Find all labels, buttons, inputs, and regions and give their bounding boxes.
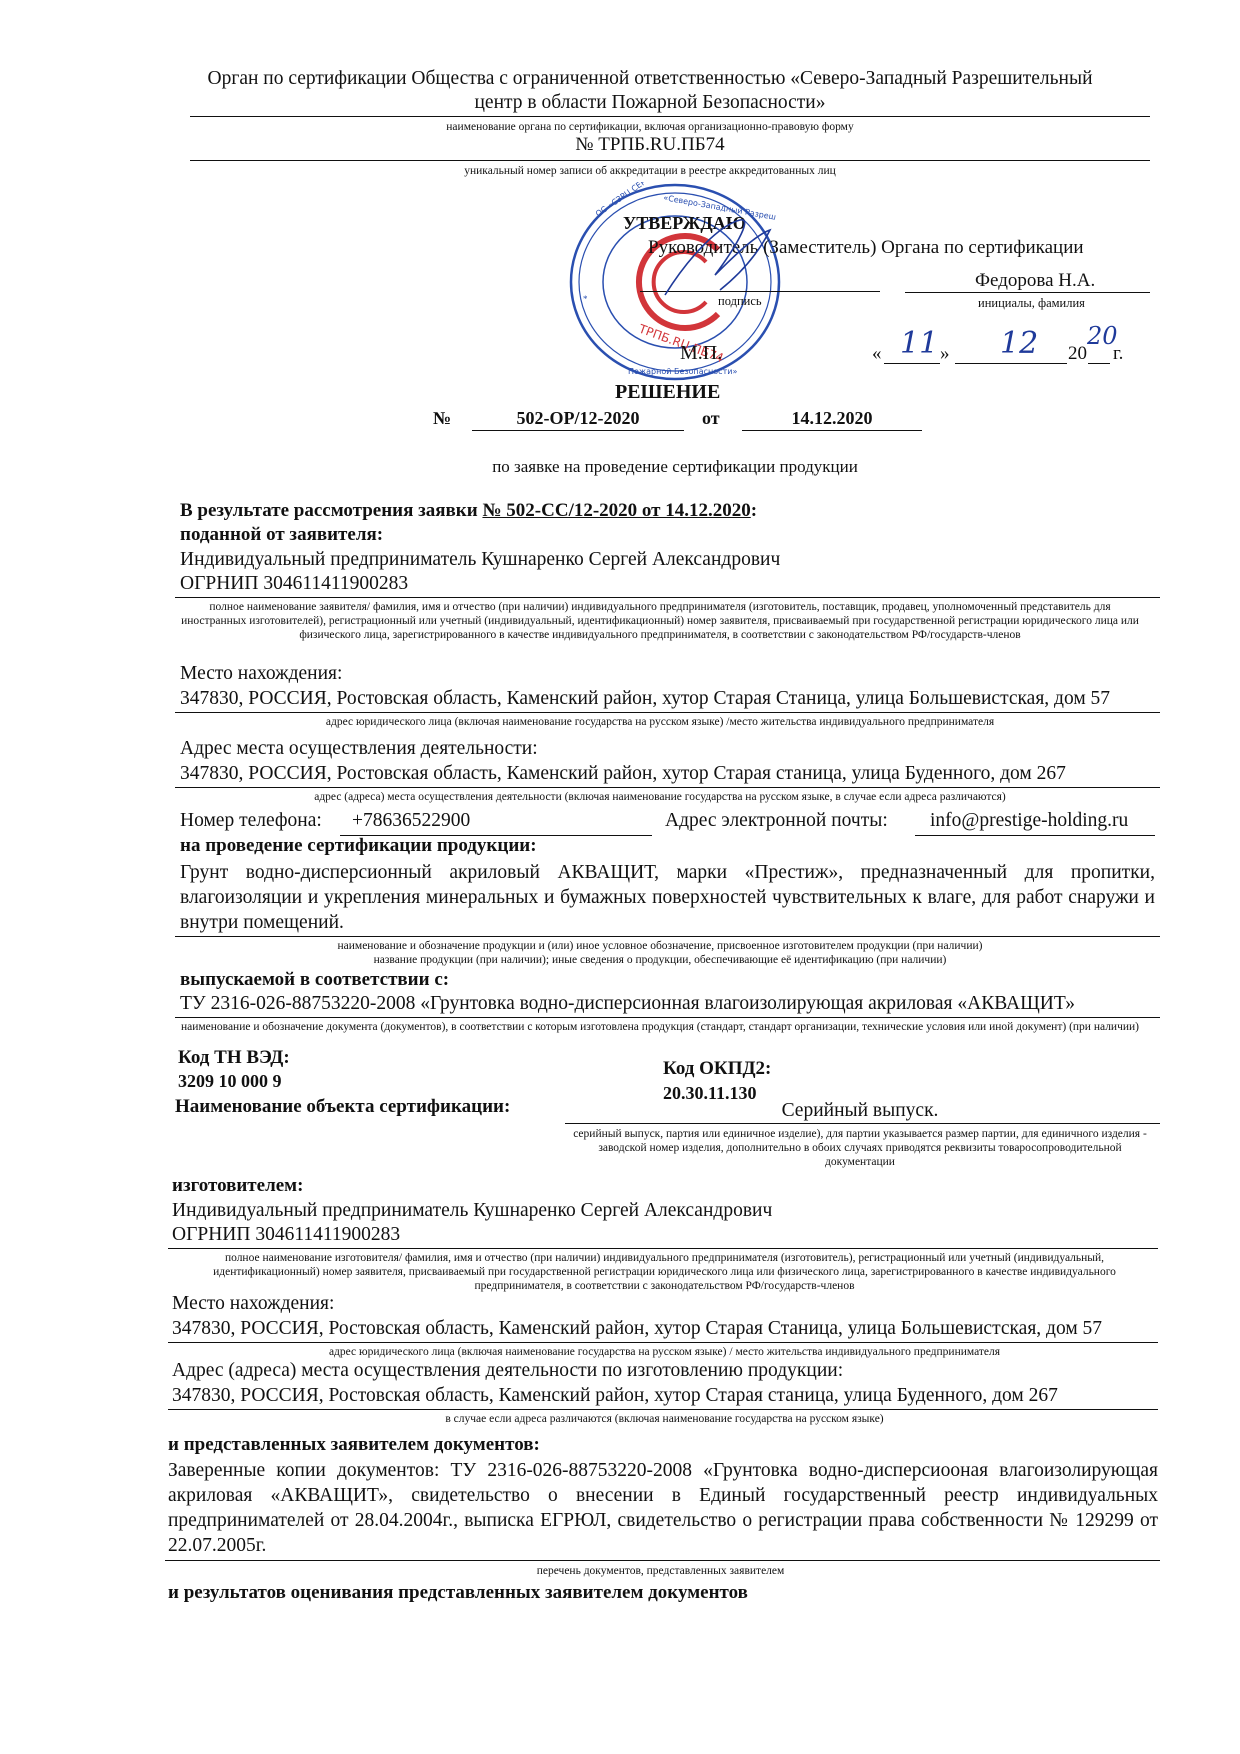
svg-text:Пожарной Безопасности»: Пожарной Безопасности» (628, 367, 737, 376)
certification-body-caption: наименование органа по сертификации, вкл… (150, 120, 1150, 134)
decision-date: 14.12.2020 (742, 408, 922, 429)
date-month: 12 (1000, 326, 1038, 361)
product-caption-line1: наименование и обозначение продукции и (… (180, 939, 1140, 953)
date-close-quote: » (940, 343, 950, 365)
approve-label: УТВЕРЖДАЮ (623, 213, 746, 234)
signature-line (640, 291, 880, 292)
email-value: info@prestige-holding.ru (930, 810, 1128, 832)
name-caption: инициалы, фамилия (978, 296, 1085, 310)
decision-number-label: № (433, 408, 451, 429)
applicant-location-value: 347830, РОССИЯ, Ростовская область, Каме… (180, 688, 1110, 710)
divider (175, 597, 1160, 598)
svg-text:*: * (583, 294, 588, 304)
divider (168, 1409, 1158, 1410)
applicant-caption: полное наименование заявителя/ фамилия, … (180, 600, 1140, 642)
accreditation-caption: уникальный номер записи об аккредитации … (150, 164, 1150, 178)
date-year-prefix: 20 (1068, 343, 1087, 365)
date-open-quote: « (872, 343, 882, 365)
divider (175, 787, 1160, 788)
divider (175, 712, 1160, 713)
standard-value: ТУ 2316-026-88753220-2008 «Грунтовка вод… (180, 993, 1075, 1015)
certification-object-label: Наименование объекта сертификации: (175, 1096, 510, 1118)
activity-address-caption: адрес (адреса) места осуществления деяте… (180, 790, 1140, 804)
signature-caption: подпись (718, 294, 762, 308)
applicant-ogrnip: ОГРНИП 304611411900283 (180, 573, 408, 595)
divider (165, 1560, 1160, 1561)
manufacturer-label: изготовителем: (172, 1175, 303, 1197)
manufacturer-name: Индивидуальный предприниматель Кушнаренк… (172, 1200, 772, 1222)
date-day-line (884, 363, 940, 364)
manufacturer-location-value: 347830, РОССИЯ, Ростовская область, Каме… (172, 1318, 1102, 1340)
okpd2-label: Код ОКПД2: (663, 1058, 771, 1080)
submitted-by-label: поданной от заявителя: (180, 524, 383, 546)
name-line (905, 292, 1150, 293)
decision-subtitle: по заявке на проведение сертификации про… (400, 457, 950, 477)
manufacturer-caption: полное наименование изготовителя/ фамили… (172, 1251, 1157, 1293)
production-address-label: Адрес (адреса) места осуществления деяте… (172, 1360, 843, 1382)
decision-date-line (742, 430, 922, 431)
accreditation-number: № ТРПБ.RU.ПБ74 (150, 134, 1150, 156)
product-caption-line2: название продукции (при наличии); иные с… (180, 953, 1140, 967)
application-intro-prefix: В результате рассмотрения заявки (180, 500, 482, 521)
decision-number-line (472, 430, 684, 431)
date-month-line (955, 363, 1067, 364)
phone-value: +78636522900 (352, 810, 470, 832)
divider (168, 1342, 1158, 1343)
production-address-value: 347830, РОССИЯ, Ростовская область, Каме… (172, 1385, 1058, 1407)
tnved-label: Код ТН ВЭД: (178, 1047, 290, 1069)
standard-label: выпускаемой в соответствии с: (180, 969, 449, 991)
certification-body-name-line1: Орган по сертификации Общества с огранич… (150, 68, 1150, 90)
tnved-value: 3209 10 000 9 (178, 1071, 282, 1092)
date-day: 11 (900, 326, 938, 361)
decision-from-label: от (702, 408, 720, 429)
divider (190, 160, 1150, 161)
application-intro: В результате рассмотрения заявки № 502-С… (180, 500, 757, 522)
seal-label: М.П. (680, 342, 722, 365)
applicant-name: Индивидуальный предприниматель Кушнаренк… (180, 549, 780, 571)
date-year-line (1088, 363, 1110, 364)
applicant-location-label: Место нахождения: (180, 663, 342, 685)
activity-address-value: 347830, РОССИЯ, Ростовская область, Каме… (180, 763, 1066, 785)
documents-text: Заверенные копии документов: ТУ 2316-026… (168, 1458, 1158, 1558)
divider (190, 116, 1150, 117)
signer-name: Федорова Н.А. (975, 270, 1095, 292)
product-description: Грунт водно-дисперсионный акриловый АКВА… (180, 860, 1155, 935)
applicant-location-caption: адрес юридического лица (включая наимено… (180, 715, 1140, 729)
divider (168, 1248, 1158, 1249)
manufacturer-location-caption: адрес юридического лица (включая наимено… (172, 1345, 1157, 1359)
documents-label: и представленных заявителем документов: (168, 1434, 540, 1456)
application-reference: № 502-СС/12-2020 от 14.12.2020 (482, 500, 750, 521)
assessment-results-label: и результатов оценивания представленных … (168, 1582, 748, 1604)
documents-caption: перечень документов, представленных заяв… (168, 1564, 1153, 1578)
certification-body-name-line2: центр в области Пожарной Безопасности» (150, 92, 1150, 114)
product-label: на проведение сертификации продукции: (180, 835, 537, 857)
approver-role: Руководитель (Заместитель) Органа по сер… (648, 237, 1084, 259)
date-year-unit: г. (1113, 343, 1123, 365)
divider (175, 1017, 1160, 1018)
certification-object-value: Серийный выпуск. (565, 1100, 1155, 1122)
phone-label: Номер телефона: (180, 810, 322, 832)
divider (175, 936, 1160, 937)
email-line (915, 835, 1155, 836)
manufacturer-ogrnip: ОГРНИП 304611411900283 (172, 1224, 400, 1246)
production-address-caption: в случае если адреса различаются (включа… (172, 1412, 1157, 1426)
email-label: Адрес электронной почты: (665, 810, 888, 832)
standard-caption: наименование и обозначение документа (до… (180, 1020, 1140, 1034)
manufacturer-location-label: Место нахождения: (172, 1293, 334, 1315)
application-intro-suffix: : (751, 500, 757, 521)
decision-number: 502-ОР/12-2020 (472, 408, 684, 429)
decision-title: РЕШЕНИЕ (615, 381, 720, 404)
divider (565, 1123, 1160, 1124)
seal-stamp-icon: ТРПБ.RU.ПБ74 ОС «СЗРЦ СЕРТ» ООО «Северо-… (568, 182, 783, 382)
certification-object-caption: серийный выпуск, партия или единичное из… (565, 1127, 1155, 1169)
activity-address-label: Адрес места осуществления деятельности: (180, 738, 538, 760)
